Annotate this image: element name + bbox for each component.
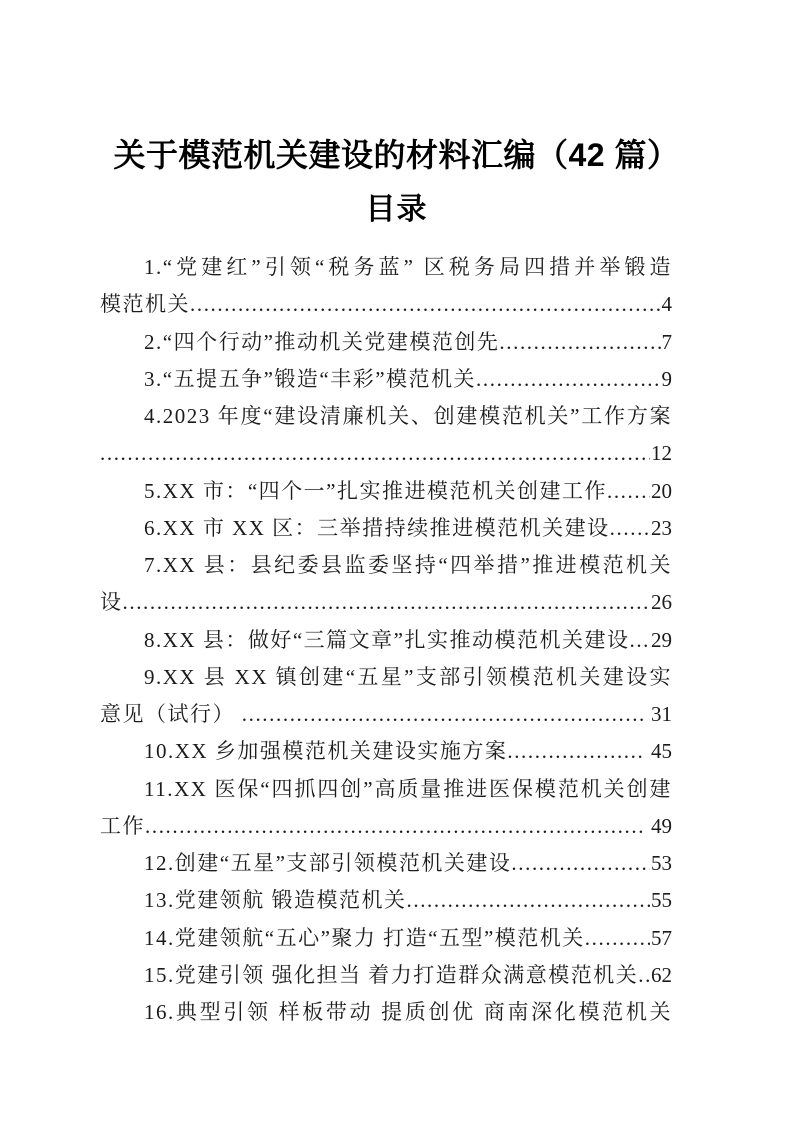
dot-leader <box>499 324 660 361</box>
toc-entry-line[interactable]: 1.“党建红”引领“税务蓝” 区税务局四措并举锻造 <box>100 249 672 286</box>
toc-entry-line[interactable]: 16.典型引领 样板带动 提质创优 商南深化模范机关 <box>100 994 672 1031</box>
toc-entry-line[interactable]: 5.XX 市：“四个一”扎实推进模范机关创建工作 20 <box>100 473 672 510</box>
toc-page-number: 62 <box>650 957 672 994</box>
toc-entry-text: 5.XX 市：“四个一”扎实推进模范机关创建工作 <box>144 473 607 510</box>
toc-entry-text: 16.典型引领 样板带动 提质创优 商南深化模范机关 <box>144 994 672 1031</box>
toc-entry-text: 13.党建领航 锻造模范机关 <box>144 882 407 919</box>
dot-leader <box>507 733 644 770</box>
dot-leader <box>123 584 651 621</box>
dot-leader <box>629 622 650 659</box>
toc-entry-text: 11.XX 医保“四抓四创”高质量推进医保模范机关创建 <box>144 771 672 808</box>
toc-entry-line[interactable]: 13.党建领航 锻造模范机关 55 <box>100 882 672 919</box>
toc-entry-line[interactable]: 14.党建领航“五心”聚力 打造“五型”模范机关 57 <box>100 920 672 957</box>
toc-page-number: 9 <box>661 361 673 398</box>
toc-entry-line[interactable]: 意见（试行） 31 <box>100 696 672 733</box>
toc-entry-text: 工作 <box>100 808 145 845</box>
toc-heading: 目录 <box>0 189 793 231</box>
toc-entry-line[interactable]: 9.XX 县 XX 镇创建“五星”支部引领模范机关建设实施 <box>100 659 672 696</box>
toc-entry-text: 14.党建领航“五心”聚力 打造“五型”模范机关 <box>144 920 585 957</box>
toc-entry-line[interactable]: 6.XX 市 XX 区：三举措持续推进模范机关建设 23 <box>100 510 672 547</box>
dot-leader <box>585 920 650 957</box>
toc-entry-line[interactable]: 2.“四个行动”推动机关党建模范创先 7 <box>100 324 672 361</box>
toc-entry-line[interactable]: 12 <box>100 435 672 472</box>
dot-leader <box>610 510 650 547</box>
toc-entry-text: 4.2023 年度“建设清廉机关、创建模范机关”工作方案 <box>144 398 672 435</box>
toc-entry-line[interactable]: 7.XX 县：县纪委县监委坚持“四举措”推进模范机关建 <box>100 547 672 584</box>
toc-page-number: 4 <box>661 286 673 323</box>
toc-entry-line[interactable]: 3.“五提五争”锻造“丰彩”模范机关 9 <box>100 361 672 398</box>
toc-entry-line[interactable]: 15.党建引领 强化担当 着力打造群众满意模范机关 62 <box>100 957 672 994</box>
toc-page-number: 45 <box>645 733 672 770</box>
toc-entry-line[interactable]: 模范机关 4 <box>100 286 672 323</box>
toc-page-number: 57 <box>650 920 672 957</box>
toc-entry-text: 10.XX 乡加强模范机关建设实施方案 <box>144 733 507 770</box>
toc-entry-text: 7.XX 县：县纪委县监委坚持“四举措”推进模范机关建 <box>144 547 672 584</box>
toc-entry-text: 2.“四个行动”推动机关党建模范创先 <box>144 324 499 361</box>
toc-page-number: 7 <box>661 324 673 361</box>
toc-page-number: 23 <box>650 510 672 547</box>
dot-leader <box>607 473 650 510</box>
toc-entry-text: 3.“五提五争”锻造“丰彩”模范机关 <box>144 361 476 398</box>
toc-entry-line[interactable]: 工作 49 <box>100 808 672 845</box>
toc-page-number: 26 <box>650 584 672 621</box>
toc-entry-text: 1.“党建红”引领“税务蓝” 区税务局四措并举锻造 <box>144 249 672 286</box>
toc-entry-line[interactable]: 11.XX 医保“四抓四创”高质量推进医保模范机关创建 <box>100 771 672 808</box>
toc-entry-line[interactable]: 设 26 <box>100 584 672 621</box>
dot-leader <box>190 286 661 323</box>
table-of-contents: 1.“党建红”引领“税务蓝” 区税务局四措并举锻造 模范机关 4 2.“四个行动… <box>100 249 672 1031</box>
toc-page-number: 29 <box>650 622 672 659</box>
dot-leader <box>100 435 650 472</box>
toc-page-number: 12 <box>650 435 672 472</box>
document-title: 关于模范机关建设的材料汇编（42 篇） <box>0 134 793 176</box>
toc-page-number: 49 <box>645 808 672 845</box>
dot-leader <box>145 808 645 845</box>
toc-entry-line[interactable]: 10.XX 乡加强模范机关建设实施方案 45 <box>100 733 672 770</box>
toc-entry-text: 模范机关 <box>100 286 190 323</box>
toc-entry-text: 15.党建引领 强化担当 着力打造群众满意模范机关 <box>144 957 638 994</box>
toc-entry-text: 6.XX 市 XX 区：三举措持续推进模范机关建设 <box>144 510 610 547</box>
toc-entry-text: 8.XX 县：做好“三篇文章”扎实推动模范机关建设 <box>144 622 629 659</box>
toc-page-number: 55 <box>650 882 672 919</box>
toc-entry-line[interactable]: 12.创建“五星”支部引领模范机关建设 53 <box>100 845 672 882</box>
document-page: 关于模范机关建设的材料汇编（42 篇） 目录 1.“党建红”引领“税务蓝” 区税… <box>0 0 793 1122</box>
toc-page-number: 20 <box>650 473 672 510</box>
dot-leader <box>242 696 645 733</box>
dot-leader <box>476 361 660 398</box>
toc-entry-line[interactable]: 8.XX 县：做好“三篇文章”扎实推动模范机关建设 29 <box>100 622 672 659</box>
toc-page-number: 31 <box>645 696 672 733</box>
toc-entry-text: 意见（试行） <box>100 696 242 733</box>
toc-entry-line[interactable]: 4.2023 年度“建设清廉机关、创建模范机关”工作方案 <box>100 398 672 435</box>
dot-leader <box>638 957 650 994</box>
toc-entry-text: 设 <box>100 584 123 621</box>
dot-leader <box>511 845 650 882</box>
dot-leader <box>407 882 651 919</box>
toc-page-number: 53 <box>650 845 672 882</box>
toc-entry-text: 9.XX 县 XX 镇创建“五星”支部引领模范机关建设实施 <box>144 659 672 696</box>
toc-entry-text: 12.创建“五星”支部引领模范机关建设 <box>144 845 511 882</box>
